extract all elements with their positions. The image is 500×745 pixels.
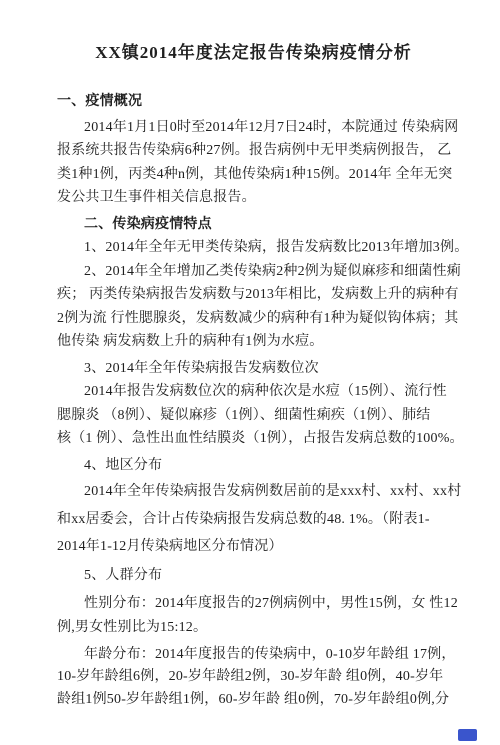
text-line: 2014年全年传染病报告发病例数居前的是xxx村、xx村、xx村 [57,480,450,504]
text-line: 发公共卫生事件相关信息报告。 [57,186,450,210]
text-line: 年龄分布：2014年度报告的传染病中，0-10岁年龄组 17例， [57,643,450,667]
text-line: 他传染 病发病数上升的病种有1例为水痘。 [57,330,450,354]
text-line: 例,男女性别比为15:12。 [57,616,450,640]
text-line: 性别分布：2014年度报告的27例病例中，男性15例，女 性12 [57,592,450,616]
section-heading-1: 一、疫情概况 [57,90,450,114]
text-line: 10-岁年龄组6例，20-岁年龄组2例，30-岁年龄 组0例，40-岁年 [57,665,450,689]
blue-marker-icon [458,729,477,741]
text-line: 疾； 丙类传染病报告发病数与2013年相比，发病数上升的病种有 [57,283,450,307]
text-line: 2例为流 行性腮腺炎，发病数减少的病种有1种为疑似钩体病；其 [57,307,450,331]
text-line: 1、2014年全年无甲类传染病，报告发病数比2013年增加3例。 [57,236,450,260]
text-line: 核（1 例）、急性出血性结膜炎（1例），占报告发病总数的100%。 [57,427,450,451]
subsection-heading-5: 5、人群分布 [57,564,450,588]
text-line: 2、2014年全年增加乙类传染病2种2例为疑似麻疹和细菌性痢 [57,260,450,284]
subsection-heading-3: 3、2014年全年传染病报告发病数位次 [57,357,450,381]
text-line: 报系统共报告传染病6种27例。报告病例中无甲类病例报告， 乙 [57,139,450,163]
document-page: XX镇2014年度法定报告传染病疫情分析 一、疫情概况 2014年1月1日0时至… [0,0,500,745]
document-content: XX镇2014年度法定报告传染病疫情分析 一、疫情概况 2014年1月1日0时至… [0,0,500,712]
subsection-heading-4: 4、地区分布 [57,454,450,478]
text-line: 2014年1月1日0时至2014年12月7日24时，本院通过 传染病网 [57,116,450,140]
text-line: 腮腺炎 （8例）、疑似麻疹（1例）、细菌性痢疾（1例）、肺结 [57,404,450,428]
text-line: 龄组1例50-岁年龄组1例，60-岁年龄 组0例，70-岁年龄组0例,分 [57,688,450,712]
text-line: 和xx居委会，合计占传染病报告发病总数的48. 1%。（附表1- [57,508,450,532]
text-line: 类1种1例，丙类4种n例，其他传染病1种15例。2014年 全年无突 [57,163,450,187]
text-line: 2014年报告发病数位次的病种依次是水痘（15例）、流行性 [57,380,450,404]
text-line: 2014年1-12月传染病地区分布情况） [57,535,450,559]
document-title: XX镇2014年度法定报告传染病疫情分析 [57,40,450,66]
section-heading-2: 二、传染病疫情特点 [57,213,450,237]
